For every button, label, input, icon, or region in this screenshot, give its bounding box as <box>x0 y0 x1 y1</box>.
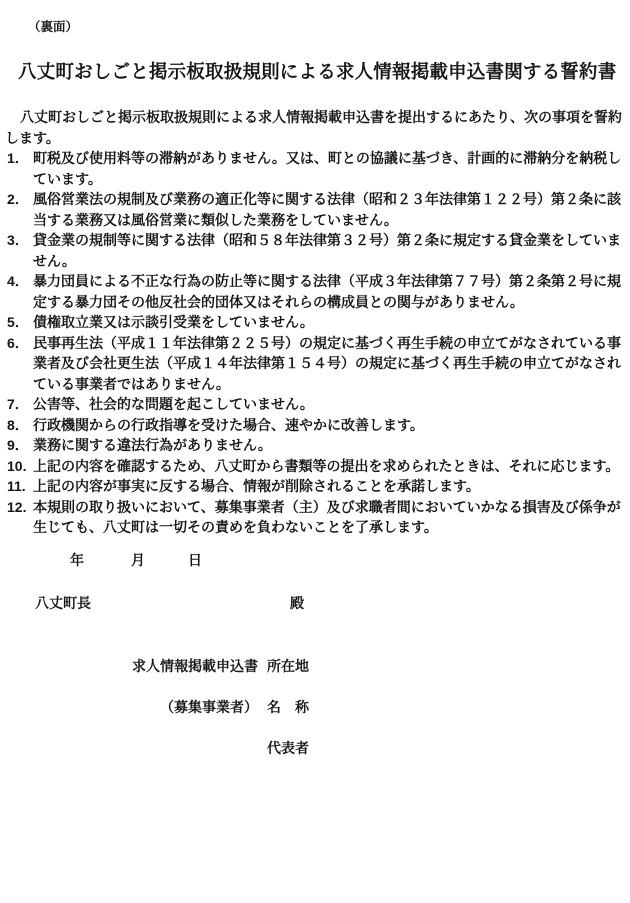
signature-row-name: （募集事業者） 名 称 <box>0 700 630 715</box>
item-number: 7． <box>7 394 33 415</box>
address-label: 所在地 <box>258 659 309 674</box>
item-text: 貸金業の規制等に関する法律（昭和５８年法律第３２号）第２条に規定する貸金業をして… <box>33 230 628 271</box>
pledge-item-4: 4． 暴力団員による不正な行為の防止等に関する法律（平成３年法律第７７号）第２条… <box>7 271 628 312</box>
pledge-item-8: 8． 行政機関からの行政指導を受けた場合、速やかに改善します。 <box>7 415 628 436</box>
item-text: 風俗営業法の規制及び業務の適正化等に関する法律（昭和２３年法律第１２２号）第２条… <box>33 189 628 230</box>
pledge-item-list: 1． 町税及び使用料等の滞納がありません。又は、町との協議に基づき、計画的に滞納… <box>0 148 630 538</box>
year-label: 年 <box>70 552 84 568</box>
item-text: 暴力団員による不正な行為の防止等に関する法律（平成３年法律第７７号）第２条第２号… <box>33 271 628 312</box>
item-number: 3． <box>7 230 33 271</box>
intro-paragraph: 八丈町おしごと掲示板取扱規則による求人情報掲載申込書を提出するにあたり、次の事項… <box>5 107 625 148</box>
pledge-item-11: 11. 上記の内容が事実に反する場合、情報が削除されることを承諾します。 <box>7 476 628 497</box>
honorific-label: 殿 <box>290 595 304 611</box>
mayor-label: 八丈町長 <box>35 595 91 611</box>
date-line: 年 月 日 <box>70 552 630 568</box>
application-form-label: 求人情報掲載申込書 <box>0 659 258 674</box>
recruiting-business-label: （募集事業者） <box>0 700 258 715</box>
item-number: 1． <box>7 148 33 189</box>
pledge-item-12: 12. 本規則の取り扱いにおいて、募集事業者（主）及び求職者間においていかなる損… <box>7 497 628 538</box>
addressee-line: 八丈町長 殿 <box>35 595 630 611</box>
empty-label <box>0 741 258 756</box>
item-text: 行政機関からの行政指導を受けた場合、速やかに改善します。 <box>33 415 628 436</box>
item-number: 4． <box>7 271 33 312</box>
item-number: 11. <box>7 476 33 497</box>
document-title: 八丈町おしごと掲示板取扱規則による求人情報掲載申込書関する誓約書 <box>18 60 622 83</box>
month-label: 月 <box>131 552 145 568</box>
item-text: 公害等、社会的な問題を起こしていません。 <box>33 394 628 415</box>
item-text: 本規則の取り扱いにおいて、募集事業者（主）及び求職者間においていかなる損害及び係… <box>33 497 628 538</box>
item-number: 12. <box>7 497 33 538</box>
pledge-item-6: 6． 民事再生法（平成１１年法律第２２５号）の規定に基づく再生手続の申立てがなさ… <box>7 333 628 395</box>
item-text: 上記の内容が事実に反する場合、情報が削除されることを承諾します。 <box>33 476 628 497</box>
signature-row-address: 求人情報掲載申込書 所在地 <box>0 659 630 674</box>
pledge-item-2: 2． 風俗営業法の規制及び業務の適正化等に関する法律（昭和２３年法律第１２２号）… <box>7 189 628 230</box>
pledge-item-7: 7． 公害等、社会的な問題を起こしていません。 <box>7 394 628 415</box>
signature-block: 求人情報掲載申込書 所在地 （募集事業者） 名 称 代表者 <box>0 659 630 756</box>
item-number: 5． <box>7 312 33 333</box>
item-text: 町税及び使用料等の滞納がありません。又は、町との協議に基づき、計画的に滞納分を納… <box>33 148 628 189</box>
representative-label: 代表者 <box>258 741 309 756</box>
item-text: 債権取立業又は示談引受業をしていません。 <box>33 312 628 333</box>
item-text: 上記の内容を確認するため、八丈町から書類等の提出を求められたときは、それに応じま… <box>33 456 628 477</box>
pledge-item-3: 3． 貸金業の規制等に関する法律（昭和５８年法律第３２号）第２条に規定する貸金業… <box>7 230 628 271</box>
item-number: 10. <box>7 456 33 477</box>
pledge-item-1: 1． 町税及び使用料等の滞納がありません。又は、町との協議に基づき、計画的に滞納… <box>7 148 628 189</box>
item-number: 9． <box>7 435 33 456</box>
item-number: 6． <box>7 333 33 395</box>
item-text: 業務に関する違法行為がありません。 <box>33 435 628 456</box>
pledge-item-9: 9． 業務に関する違法行為がありません。 <box>7 435 628 456</box>
item-number: 8． <box>7 415 33 436</box>
item-number: 2． <box>7 189 33 230</box>
pledge-item-5: 5． 債権取立業又は示談引受業をしていません。 <box>7 312 628 333</box>
side-label: （裏面） <box>0 0 630 35</box>
name-label: 名 称 <box>258 700 309 715</box>
signature-row-representative: 代表者 <box>0 741 630 756</box>
pledge-item-10: 10. 上記の内容を確認するため、八丈町から書類等の提出を求められたときは、それ… <box>7 456 628 477</box>
day-label: 日 <box>188 552 202 568</box>
pledge-document-page: （裏面） 八丈町おしごと掲示板取扱規則による求人情報掲載申込書関する誓約書 八丈… <box>0 0 630 903</box>
item-text: 民事再生法（平成１１年法律第２２５号）の規定に基づく再生手続の申立てがなされてい… <box>33 333 628 395</box>
